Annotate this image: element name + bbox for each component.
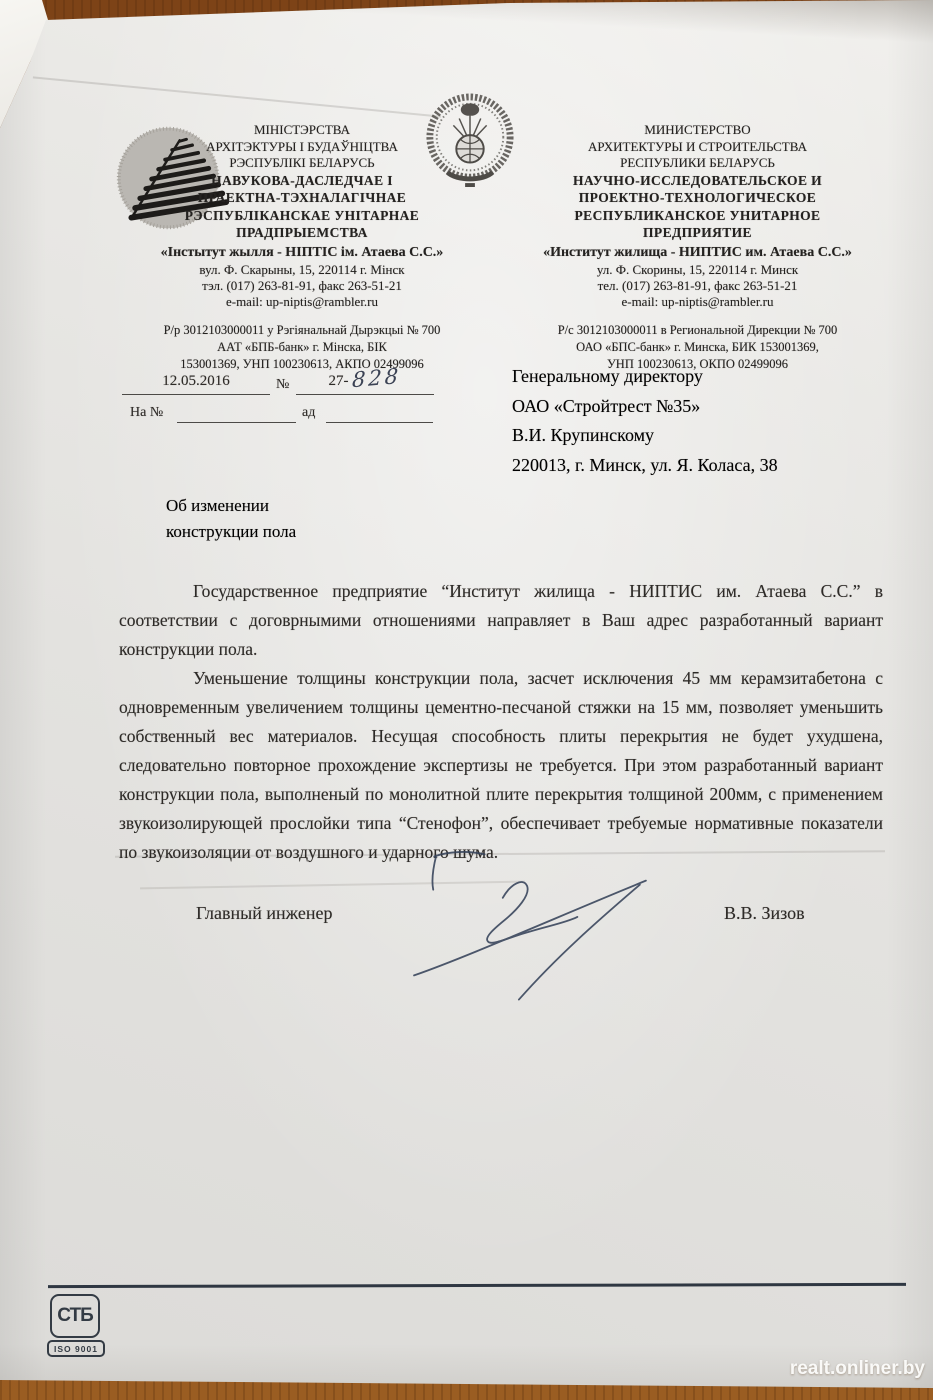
address-line: вул. Ф. Скарыны, 15, 220114 г. Мінск	[199, 262, 404, 278]
reply-number-blank	[177, 405, 296, 423]
org-name-line: ПРАЕКТНА-ТЭХНАЛАГІЧНАЕ	[198, 189, 406, 207]
document-sheet: МІНІСТЭРСТВА АРХІТЭКТУРЫ І БУДАЎНІЦТВА Р…	[0, 0, 933, 1400]
subject-block: Об изменении конструкции пола	[166, 493, 296, 545]
org-name-line: ПРАДПРЫЕМСТВА	[236, 224, 368, 242]
org-name-line: НАВУКОВА-ДАСЛЕДЧАЕ І	[211, 172, 393, 190]
handwritten-signature	[406, 850, 658, 1002]
institute-name: «Институт жилища - НИПТИС им. Атаева С.С…	[543, 244, 852, 262]
recipient-line: 220013, г. Минск, ул. Я. Коласа, 38	[512, 451, 778, 481]
reply-to-label: На №	[130, 405, 163, 421]
institute-name: «Інстытут жылля - НІПТІС ім. Атаева С.С.…	[161, 244, 444, 262]
org-name-line: РЕСПУБЛИКАНСКОЕ УНИТАРНОЕ	[575, 207, 821, 225]
ministry-line: МІНІСТЭРСТВА	[254, 122, 350, 139]
address-line: ул. Ф. Скорины, 15, 220114 г. Минск	[597, 262, 798, 278]
letter-body: Государственное предприятие “Институт жи…	[119, 577, 883, 867]
ministry-line: АРХИТЕКТУРЫ И СТРОИТЕЛЬСТВА	[588, 139, 807, 156]
document-number: 27- 828	[296, 366, 434, 395]
email-line: e-mail: up-niptis@rambler.ru	[621, 294, 773, 310]
body-paragraph: Государственное предприятие “Институт жи…	[119, 577, 883, 664]
letterhead-russian: МИНИСТЕРСТВО АРХИТЕКТУРЫ И СТРОИТЕЛЬСТВА…	[500, 122, 895, 373]
recipient-line: В.И. Крупинскому	[512, 421, 778, 451]
org-name-line: ПРЕДПРИЯТИЕ	[643, 224, 752, 242]
phone-line: тел. (017) 263-81-91, факс 263-51-21	[598, 278, 798, 294]
bank-line: ААТ «БПБ-банк» г. Мінска, БІК	[164, 339, 441, 356]
iso-9001-mark-icon: ISO 9001	[47, 1340, 105, 1357]
ministry-line: АРХІТЭКТУРЫ І БУДАЎНІЦТВА	[206, 139, 398, 156]
document-number-typed: 27-	[328, 373, 348, 389]
document-number-handwritten: 828	[352, 364, 402, 392]
reply-date-blank	[326, 405, 433, 423]
bank-line: ОАО «БПС-банк» г. Минска, БИК 153001369,	[558, 339, 838, 356]
org-name-line: НАУЧНО-ИССЛЕДОВАТЕЛЬСКОЕ И	[573, 172, 822, 190]
stb-certification-mark-icon: СТБ	[50, 1294, 100, 1338]
recipient-line: ОАО «Стройтрест №35»	[512, 392, 778, 422]
recipient-line: Генеральному директору	[512, 362, 778, 392]
subject-line: Об изменении	[166, 493, 296, 519]
watermark: realt.onliner.by	[790, 1358, 925, 1380]
letterhead-belarusian: МІНІСТЭРСТВА АРХІТЭКТУРЫ І БУДАЎНІЦТВА Р…	[132, 122, 472, 373]
signatory-name: В.В. Зизов	[724, 903, 805, 924]
body-paragraph: Уменьшение толщины конструкции пола, зас…	[119, 664, 883, 867]
subject-line: конструкции пола	[166, 519, 296, 545]
document-date: 12.05.2016	[122, 373, 270, 395]
number-sign: №	[276, 377, 289, 393]
bank-line: Р/р 3012103000011 у Рэгіянальнай Дырэкцы…	[164, 322, 441, 339]
org-name-line: ПРОЕКТНО-ТЕХНОЛОГИЧЕСКОЕ	[579, 189, 816, 207]
ministry-line: РЕСПУБЛИКИ БЕЛАРУСЬ	[620, 155, 775, 172]
org-name-line: РЭСПУБЛІКАНСКАЕ УНІТАРНАЕ	[185, 207, 419, 225]
phone-line: тэл. (017) 263-81-91, факс 263-51-21	[202, 278, 402, 294]
signatory-title: Главный инженер	[196, 903, 332, 924]
ministry-line: МИНИСТЕРСТВО	[644, 122, 750, 139]
bank-line: Р/с 3012103000011 в Региональной Дирекци…	[558, 322, 838, 339]
reply-date-label: ад	[302, 405, 315, 421]
email-line: e-mail: up-niptis@rambler.ru	[226, 294, 378, 310]
ministry-line: РЭСПУБЛІКІ БЕЛАРУСЬ	[229, 155, 374, 172]
recipient-block: Генеральному директору ОАО «Стройтрест №…	[512, 362, 778, 480]
